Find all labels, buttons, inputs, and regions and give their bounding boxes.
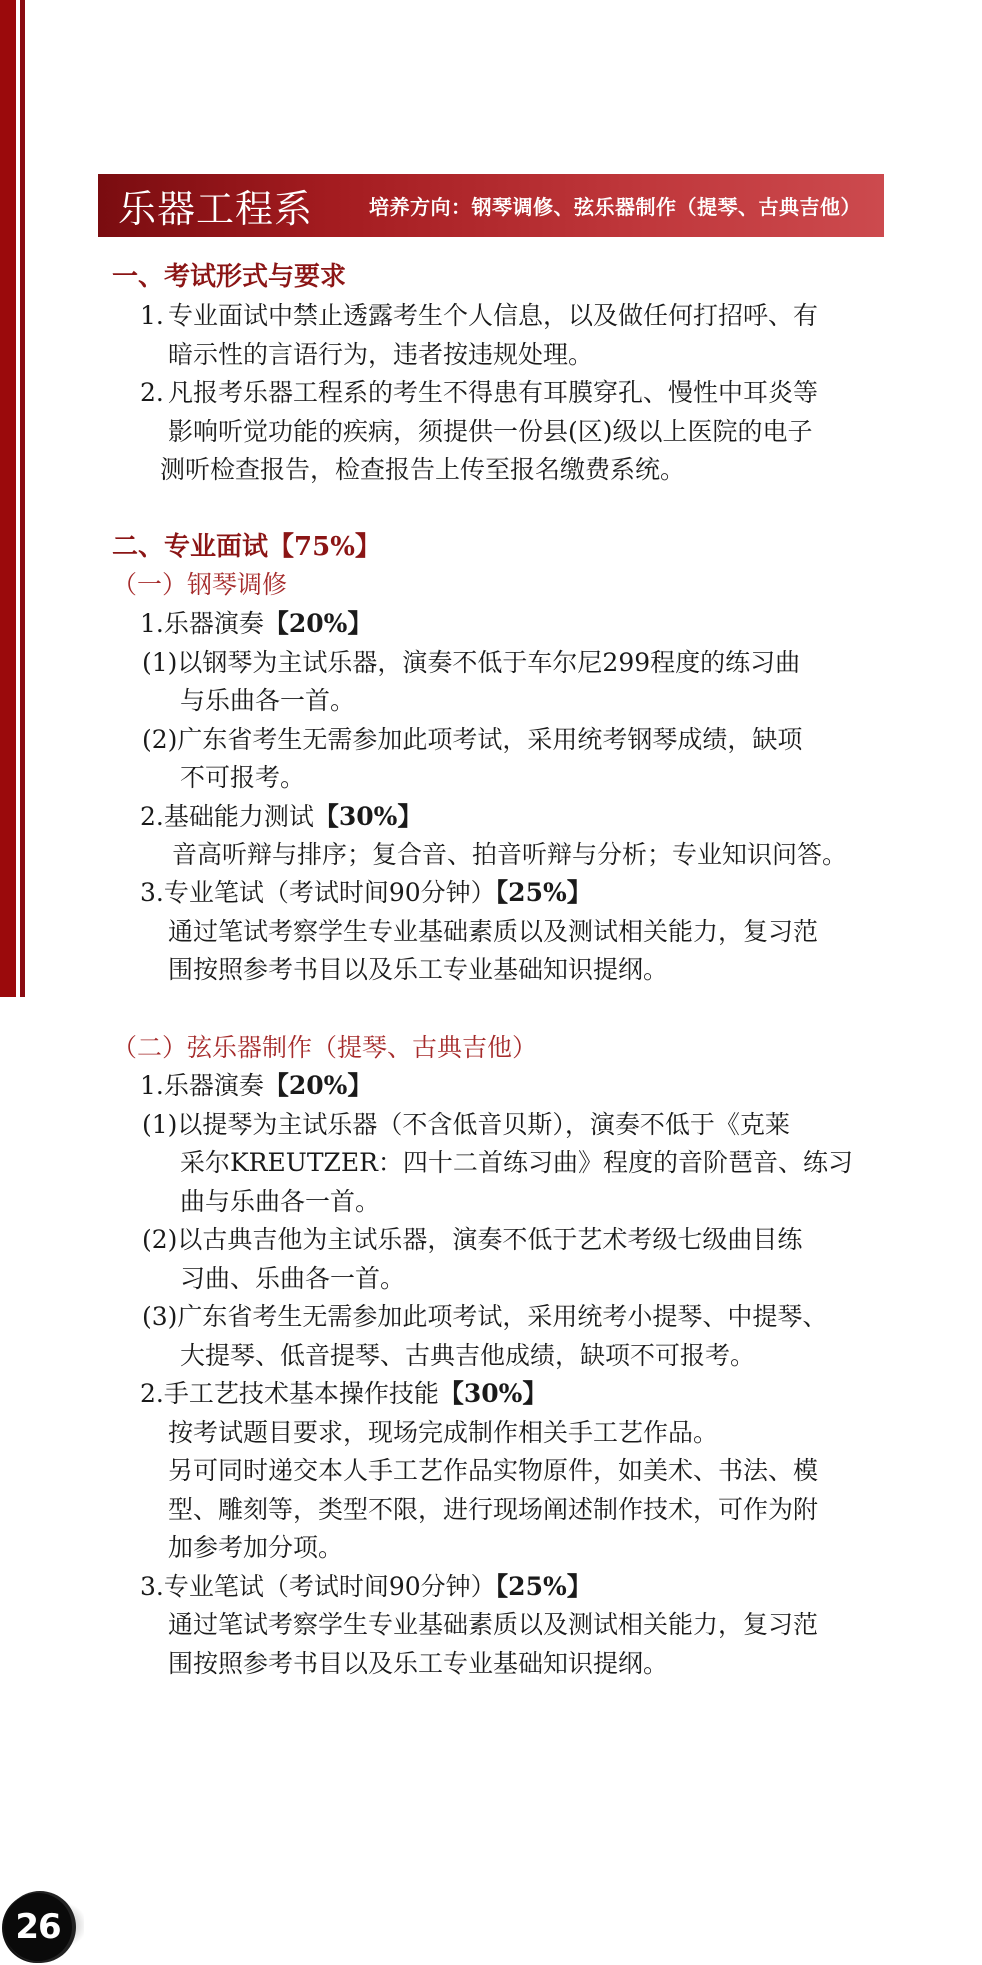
item-percent: 【25%】 (496, 878, 592, 907)
item-percent: 【30%】 (314, 802, 423, 831)
string-item-1-p2-line-1: (2)以古典吉他为主试乐器，演奏不低于艺术考级七级曲目练 (142, 1225, 802, 1255)
string-item-1-p3-line-1: (3)广东省考生无需参加此项考试，采用统考小提琴、中提琴、 (142, 1302, 827, 1332)
page-number-badge: 26 (4, 1893, 72, 1961)
piano-item-2-desc: 音高听辩与排序；复合音、拍音听辩与分析；专业知识问答。 (172, 840, 847, 870)
piano-item-1-p2-line-1: (2)广东省考生无需参加此项考试，采用统考钢琴成绩，缺项 (142, 725, 802, 755)
item-label: 3.专业笔试（考试时间90分钟） (140, 1572, 496, 1601)
item-percent: 【25%】 (496, 1572, 592, 1601)
rule-2-number: 2. (140, 378, 164, 408)
string-item-2-desc-line-1: 按考试题目要求，现场完成制作相关手工艺作品。 (168, 1418, 718, 1448)
string-item-2-title: 2.手工艺技术基本操作技能【30%】 (140, 1379, 547, 1409)
piano-item-3-desc-line-1: 通过笔试考察学生专业基础素质以及测试相关能力，复习范 (168, 917, 818, 947)
string-item-1-p1-line-3: 曲与乐曲各一首。 (180, 1187, 380, 1217)
string-item-3-title: 3.专业笔试（考试时间90分钟）【25%】 (140, 1572, 592, 1602)
item-label: 3.专业笔试（考试时间90分钟） (140, 878, 496, 907)
item-label: 2.手工艺技术基本操作技能 (140, 1379, 439, 1408)
string-item-1-p2-line-2: 习曲、乐曲各一首。 (180, 1264, 405, 1294)
piano-item-1-title: 1.乐器演奏【20%】 (140, 609, 372, 639)
section-heading-exam-format: 一、考试形式与要求 (112, 262, 346, 292)
string-item-1-p3-line-2: 大提琴、低音提琴、古典吉他成绩，缺项不可报考。 (180, 1341, 755, 1371)
section-heading-professional-interview: 二、专业面试【75%】 (112, 532, 381, 562)
section-heading-text: 二、专业面试 (112, 532, 268, 562)
piano-item-1-p1-line-1: (1)以钢琴为主试乐器，演奏不低于车尔尼299程度的练习曲 (142, 648, 800, 678)
item-percent: 【20%】 (264, 1071, 373, 1100)
left-accent-stripe-thin (20, 0, 25, 997)
rule-2-line-2: 影响听觉功能的疾病，须提供一份县(区)级以上医院的电子 (168, 417, 813, 447)
piano-item-2-title: 2.基础能力测试【30%】 (140, 802, 422, 832)
piano-item-1-p1-line-2: 与乐曲各一首。 (180, 686, 355, 716)
item-label: 1.乐器演奏 (140, 609, 264, 638)
training-direction: 培养方向：钢琴调修、弦乐器制作（提琴、古典吉他） (369, 191, 861, 220)
string-item-1-title: 1.乐器演奏【20%】 (140, 1071, 372, 1101)
item-percent: 【20%】 (264, 609, 373, 638)
department-header-band: 乐器工程系 培养方向：钢琴调修、弦乐器制作（提琴、古典吉他） (98, 174, 884, 237)
string-item-3-desc-line-2: 围按照参考书目以及乐工专业基础知识提纲。 (168, 1649, 668, 1679)
rule-2-line-3: 测听检查报告，检查报告上传至报名缴费系统。 (160, 455, 685, 485)
string-item-3-desc-line-1: 通过笔试考察学生专业基础素质以及测试相关能力，复习范 (168, 1610, 818, 1640)
section-heading-percent: 【75%】 (268, 532, 381, 562)
piano-item-3-title: 3.专业笔试（考试时间90分钟）【25%】 (140, 878, 592, 908)
page-number: 26 (15, 1907, 60, 1947)
string-item-1-p1-line-1: (1)以提琴为主试乐器（不含低音贝斯），演奏不低于《克莱 (142, 1110, 790, 1140)
rule-1-line-2: 暗示性的言语行为，违者按违规处理。 (168, 340, 593, 370)
piano-item-3-desc-line-2: 围按照参考书目以及乐工专业基础知识提纲。 (168, 955, 668, 985)
string-item-1-p1-line-2: 采尔KREUTZER：四十二首练习曲》程度的音阶琶音、练习 (180, 1148, 853, 1178)
rule-1-line-1: 专业面试中禁止透露考生个人信息，以及做任何打招呼、有 (168, 301, 818, 331)
rule-1-number: 1. (140, 301, 164, 331)
string-item-2-desc-line-2: 另可同时递交本人手工艺作品实物原件，如美术、书法、模 (168, 1456, 818, 1486)
rule-2-line-1: 凡报考乐器工程系的考生不得患有耳膜穿孔、慢性中耳炎等 (168, 378, 818, 408)
piano-item-1-p2-line-2: 不可报考。 (180, 763, 305, 793)
item-label: 1.乐器演奏 (140, 1071, 264, 1100)
subsection-heading-piano-tuning: （一）钢琴调修 (112, 570, 287, 600)
string-item-2-desc-line-3: 型、雕刻等，类型不限，进行现场阐述制作技术，可作为附 (168, 1495, 818, 1525)
string-item-2-desc-line-4: 加参考加分项。 (168, 1533, 343, 1563)
department-title: 乐器工程系 (118, 178, 313, 233)
subsection-heading-string-making: （二）弦乐器制作（提琴、古典吉他） (112, 1033, 537, 1063)
item-percent: 【30%】 (439, 1379, 548, 1408)
left-accent-stripe-thick (0, 0, 16, 997)
item-label: 2.基础能力测试 (140, 802, 314, 831)
